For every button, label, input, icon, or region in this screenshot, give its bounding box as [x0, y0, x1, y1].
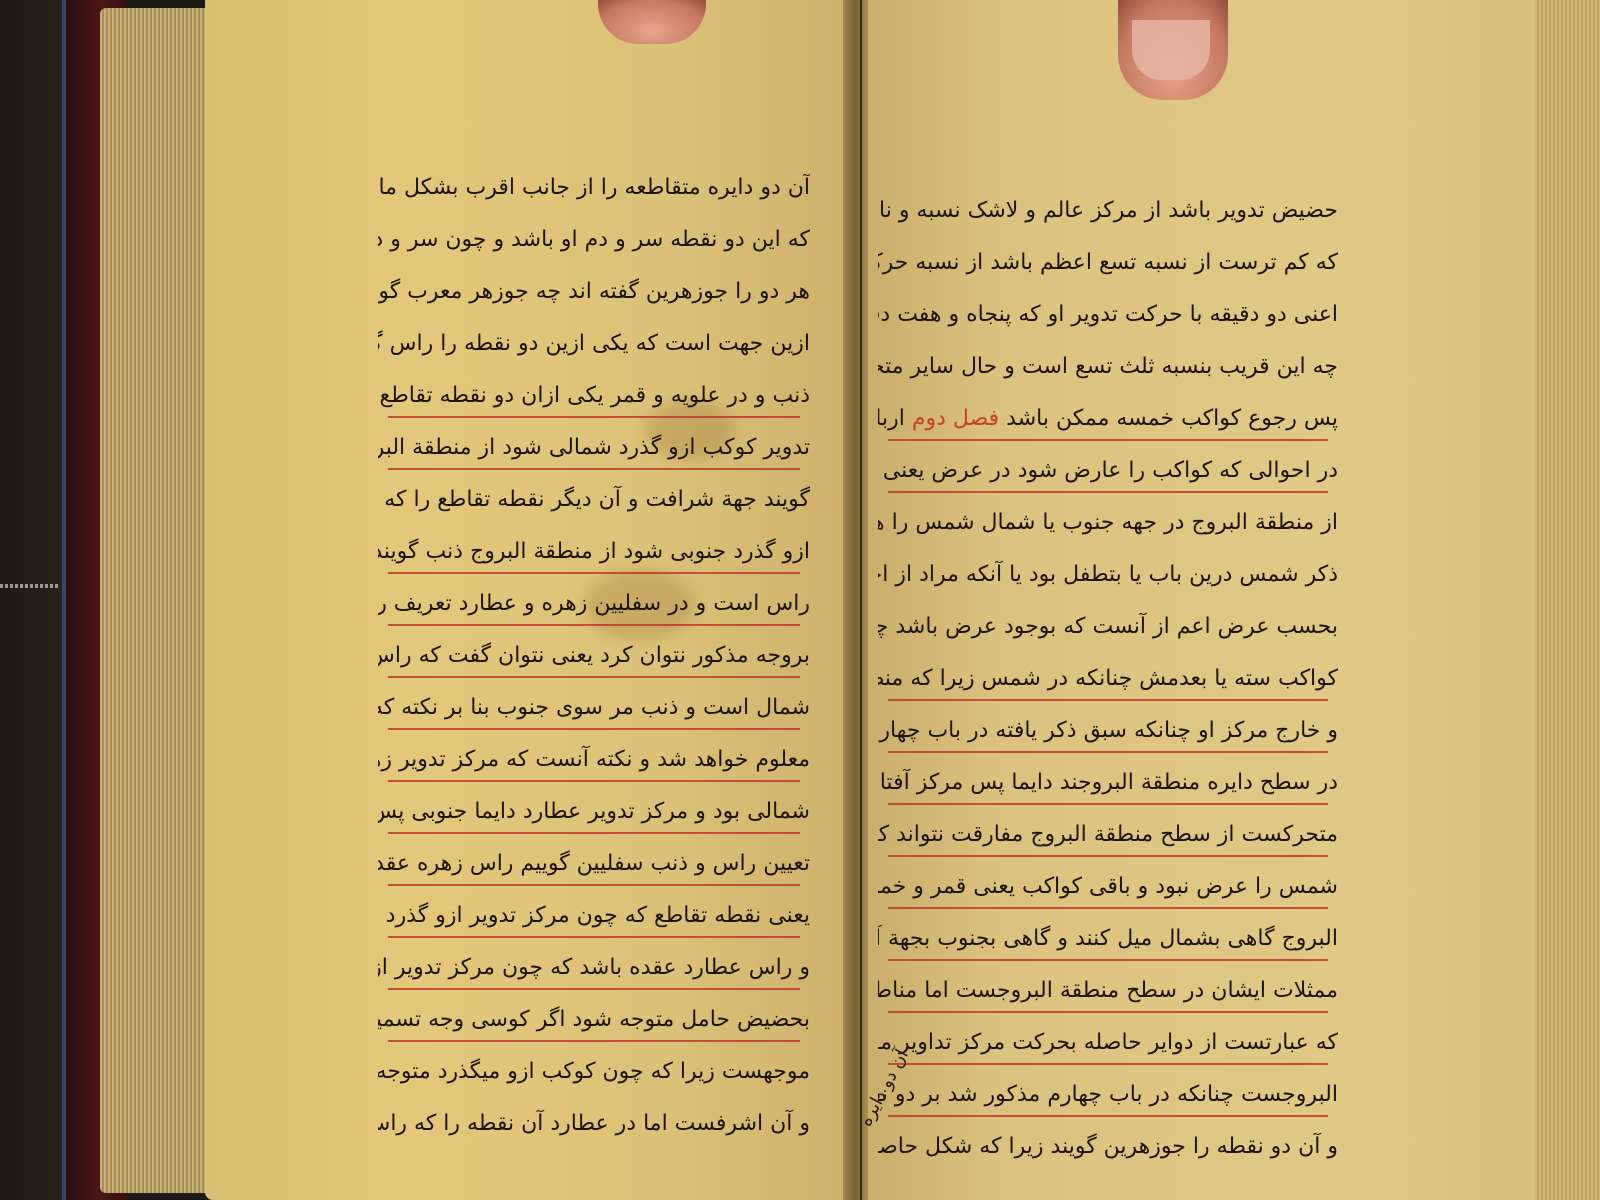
- text-line: حضیض تدویر باشد از مرکز عالم و لاشک نسبه…: [878, 185, 1338, 237]
- text-line-rubricated: ممثلات ایشان در سطح منطقة البروجست اما م…: [878, 965, 1338, 1017]
- book-gutter: [843, 0, 868, 1200]
- text-line-rubricated: ذنب و در علویه و قمر یکی ازان دو نقطه تق…: [378, 370, 810, 422]
- text-line: هر دو را جوزهرین گفته اند چه جوزهر معرب …: [378, 266, 810, 318]
- text-line-rubricated: البروج گاهی بشمال میل کنند و گاهی بجنوب …: [878, 913, 1338, 965]
- text-line-rubricated: که عبارتست از دوایر حاصله بحرکت مرکز تدا…: [878, 1017, 1338, 1069]
- text-line: ازین جهت است که یکی ازین دو نقطه را راس …: [378, 318, 810, 370]
- text-line: از منطقة البروج در جهه جنوب یا شمال شمس …: [878, 497, 1338, 549]
- text-line-rubricated: بروجه مذکور نتوان کرد یعنی نتوان گفت که …: [378, 630, 810, 682]
- chapter-heading: فصل دوم: [912, 406, 999, 431]
- text-line-rubricated: بحضیض حامل متوجه شود اگر کوسی وجه تسمیه …: [378, 994, 810, 1046]
- text-line: و آن اشرفست اما در عطارد آن نقطه را که ر…: [378, 1098, 810, 1150]
- text-segment: پس رجوع کواکب خمسه ممکن باشد: [1006, 406, 1338, 431]
- background-label-strip: [0, 584, 60, 588]
- left-page-edges: [100, 8, 210, 1193]
- text-line-rubricated: البروجست چنانکه در باب چهارم مذکور شد بر…: [878, 1069, 1338, 1121]
- text-line-rubricated: تدویر کوکب ازو گذرد شمالی شود از منطقة ا…: [378, 422, 810, 474]
- background-dark-surface: [0, 0, 70, 1200]
- text-line-rubricated: شمس را عرض نبود و باقی کواکب یعنی قمر و …: [878, 861, 1338, 913]
- text-line-rubricated: شمال است و ذنب مر سوی جنوب بنا بر نکته ک…: [378, 682, 810, 734]
- thumbnail-nail: [1132, 20, 1210, 80]
- text-line: ذکر شمس درین باب یا بتطفل بود یا آنکه مر…: [878, 549, 1338, 601]
- text-segment: ارباب ششم: [878, 406, 905, 431]
- right-page-text: حضیض تدویر باشد از مرکز عالم و لاشک نسبه…: [878, 185, 1338, 1173]
- text-line: بحسب عرض اعم از آنست که بوجود عرض باشد چ…: [878, 601, 1338, 653]
- text-line: که کم ترست از نسبه تسع اعظم باشد از نسبه…: [878, 237, 1338, 289]
- text-line-rubricated: متحرکست از سطح منطقة البروج مفارقت نتوان…: [878, 809, 1338, 861]
- text-line-with-heading: پس رجوع کواکب خمسه ممکن باشد فصل دوم ارب…: [878, 393, 1338, 445]
- text-line: که این دو نقطه سر و دم او باشد و چون سر …: [378, 214, 810, 266]
- text-line: موجهست زیرا که چون کوکب ازو میگذرد متوجه…: [378, 1046, 810, 1098]
- right-page-edges: [1535, 0, 1600, 1200]
- text-line-rubricated: ازو گذرد جنوبی شود از منطقة البروج ذنب گ…: [378, 526, 810, 578]
- text-line-rubricated: یعنی نقطه تقاطع که چون مرکز تدویر ازو گذ…: [378, 890, 810, 942]
- text-line: چه این قریب بنسبه ثلث تسع است و حال سایر…: [878, 341, 1338, 393]
- text-line-rubricated: معلوم خواهد شد و نکته آنست که مرکز تدویر…: [378, 734, 810, 786]
- text-line: آن دو دایره متقاطعه را از جانب اقرب بشکل…: [378, 162, 810, 214]
- text-line-rubricated: در سطح دایره منطقة البروجند دایما پس مرک…: [878, 757, 1338, 809]
- text-line-rubricated: و خارج مرکز او چنانکه سبق ذکر یافته در ب…: [878, 705, 1338, 757]
- left-page-text: آن دو دایره متقاطعه را از جانب اقرب بشکل…: [378, 162, 810, 1150]
- text-line-rubricated: شمالی بود و مرکز تدویر عطارد دایما جنوبی…: [378, 786, 810, 838]
- text-line: و آن دو نقطه را جوزهرین گویند زیرا که شک…: [878, 1121, 1338, 1173]
- text-line-rubricated: و راس عطارد عقده باشد که چون مرکز تدویر …: [378, 942, 810, 994]
- text-line-rubricated: تعیین راس و ذنب سفلیین گوییم راس زهره عق…: [378, 838, 810, 890]
- text-line-rubricated: کواکب سته یا بعدمش چنانکه در شمس زیرا که…: [878, 653, 1338, 705]
- text-line: گویند جهة شرافت و آن دیگر نقطه تقاطع را …: [378, 474, 810, 526]
- text-line-rubricated: در احوالی که کواکب را عارض شود در عرض یع…: [878, 445, 1338, 497]
- text-line-rubricated: راس است و در سفلیین زهره و عطارد تعریف ر…: [378, 578, 810, 630]
- text-line: اعنی دو دقیقه با حرکت تدویر او که پنجاه …: [878, 289, 1338, 341]
